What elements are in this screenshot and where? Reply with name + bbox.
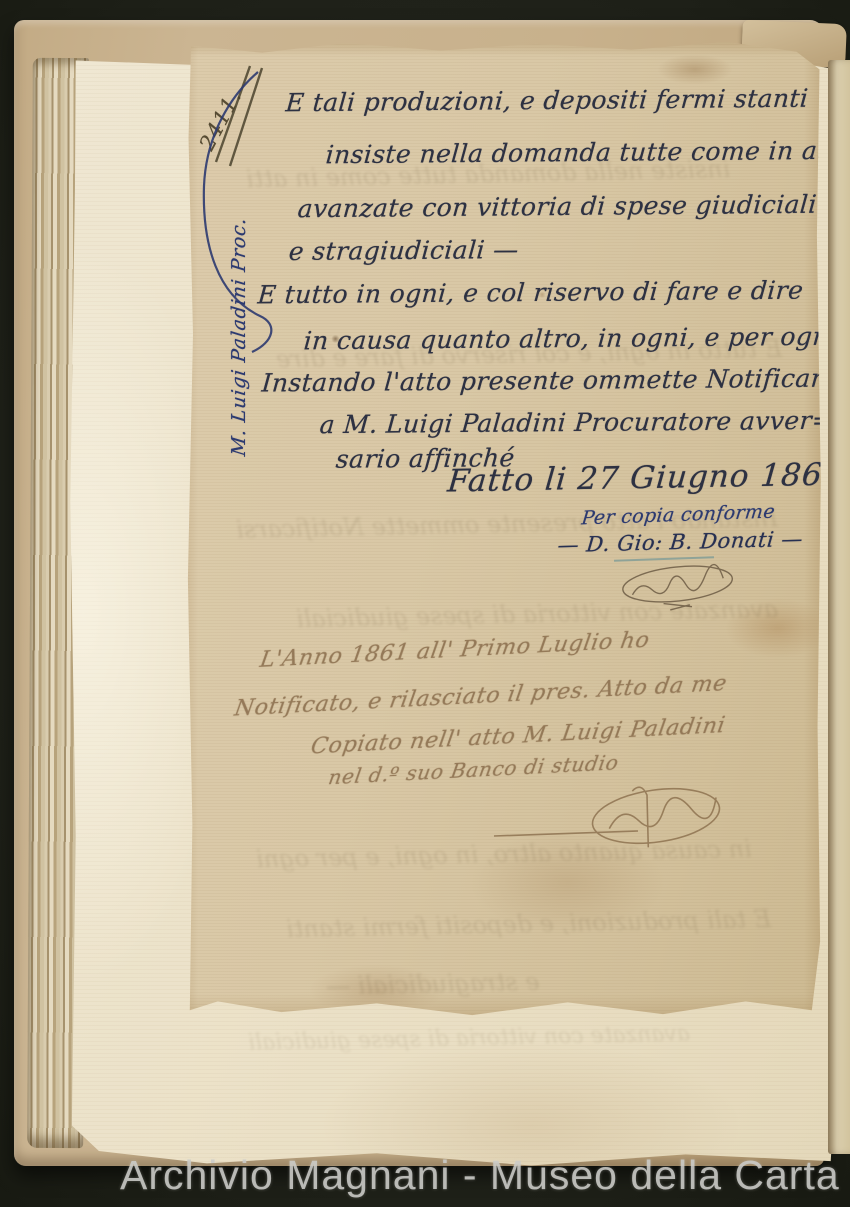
signature-underline — [614, 556, 714, 561]
scanned-document: avanzate con vittoria di spese giudicial… — [0, 0, 850, 1207]
ink-bleedthrough: avanzate con vittoria di spese giudicial… — [248, 1021, 690, 1055]
notification-line: Copiato nell' atto M. Luigi Paladini — [309, 713, 727, 759]
adjacent-page-edge — [828, 60, 850, 1154]
copy-attestation: Per copia conforme — [580, 501, 776, 530]
archive-watermark: Archivio Magnani - Museo della Carta — [120, 1152, 850, 1199]
manuscript-line: e stragiudiciali — — [288, 235, 520, 266]
manuscript-line: avanzate con vittoria di spese giudicial… — [297, 190, 818, 224]
usher-signature-flourish — [486, 782, 746, 854]
ink-bleedthrough: e stragiudiciali — — [326, 968, 540, 1000]
rubric-flourish — [618, 564, 738, 612]
manuscript-line: E tali produzioni, e depositi fermi stan… — [285, 84, 810, 118]
manuscript-line: E tutto in ogni, e col riservo di fare e… — [257, 276, 805, 310]
notification-line: L'Anno 1861 all' Primo Luglio ho — [258, 628, 651, 673]
manuscript-line: insiste nella domanda tutte come in atti — [325, 136, 848, 170]
margin-procurator-note: M. Luigi Paladini Proc. — [228, 205, 250, 457]
dateline: Fatto li 27 Giugno 1861 — [446, 457, 845, 500]
notary-signature: — D. Gio: B. Donati — — [556, 527, 804, 557]
manuscript-page: insiste nella domanda tutte come in atti… — [186, 40, 822, 1020]
notification-line: Notificato, e rilasciato il pres. Atto d… — [233, 671, 729, 721]
manuscript-line: in causa quanto altro, in ogni, e per og… — [303, 322, 839, 356]
manuscript-line: Instando l'atto presente ommette Notific… — [261, 363, 846, 397]
ink-bleedthrough: E tali produzioni, e depositi fermi stan… — [286, 905, 772, 943]
manuscript-line: a M. Luigi Paladini Procuratore avver= — [319, 406, 835, 439]
